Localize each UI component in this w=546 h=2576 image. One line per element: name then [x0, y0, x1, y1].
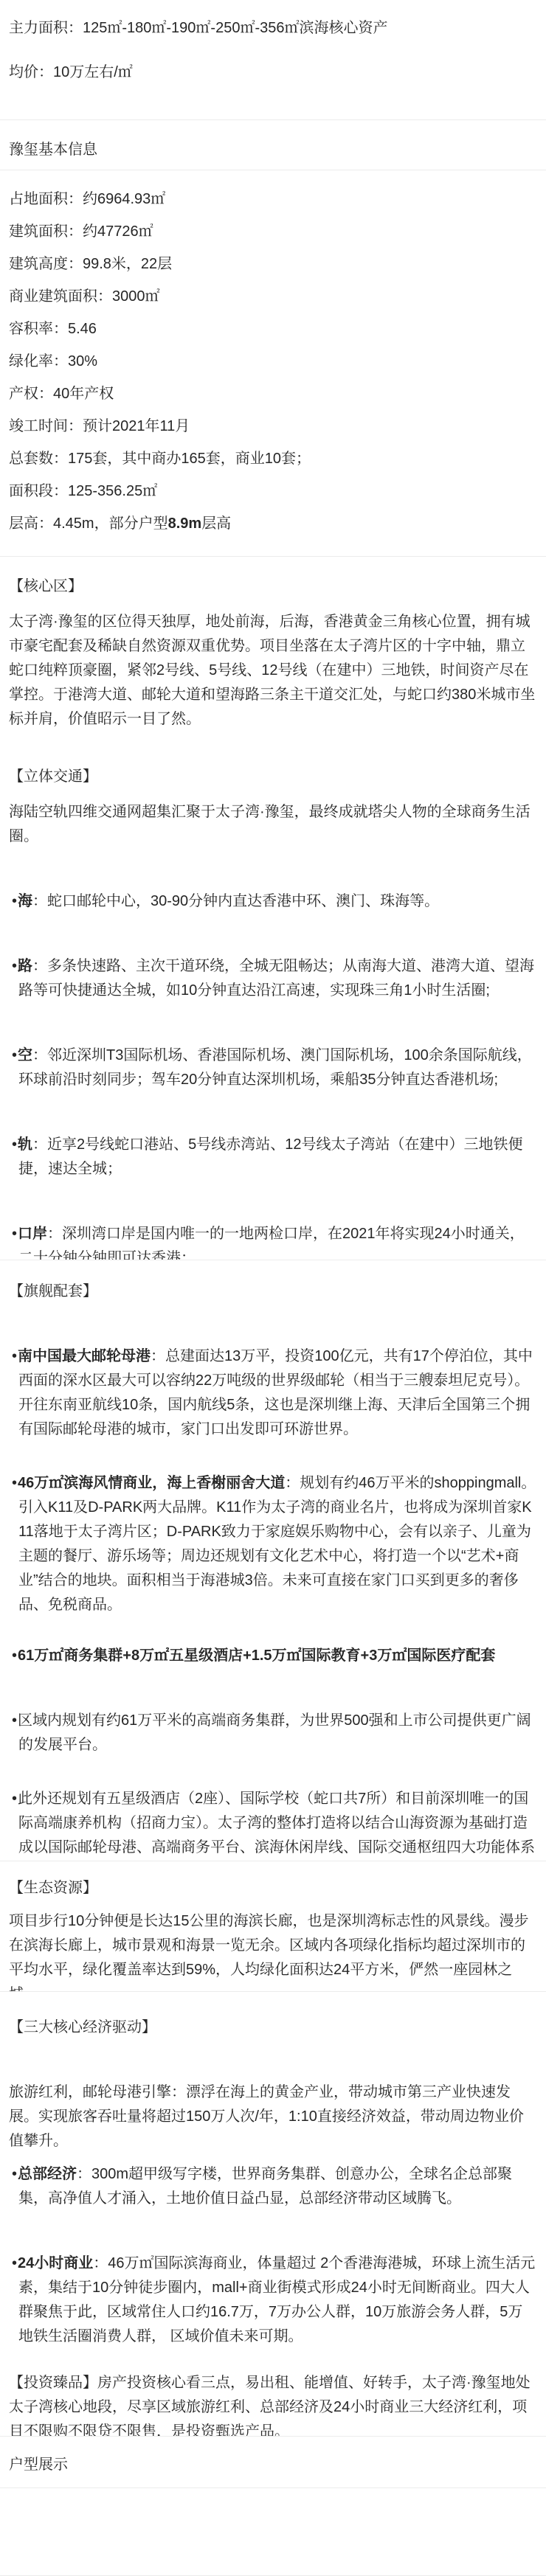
bullet-icon: •	[12, 1712, 17, 1729]
bullet-item: •24小时商业：46万㎡国际滨海商业，体量超过 2个香港海港城，环球上流生活元素…	[9, 2252, 537, 2349]
section-basic-info-fields: 占地面积：约6964.93㎡建筑面积：约47726㎡建筑高度：99.8米，22层…	[0, 170, 546, 556]
text-line: 总套数：175套，其中商办165套，商业10套；	[9, 447, 537, 471]
bullet-item: •空：邻近深圳T3国际机场、香港国际机场、澳门国际机场，100余条国际航线，环球…	[9, 1044, 537, 1092]
text-line: 竣工时间：预计2021年11月	[9, 414, 537, 439]
text-line: 海陆空轨四维交通网超集汇聚于太子湾·豫玺，最终成就塔尖人物的全球商务生活圈。	[9, 800, 537, 849]
text-line: 占地面积：约6964.93㎡	[9, 187, 537, 212]
text-line: 绿化率：30%	[9, 350, 537, 374]
text-line: 太子湾·豫玺的区位得天独厚，地处前海，后海，香港黄金三角核心位置，拥有城市豪宅配…	[9, 610, 537, 732]
bullet-icon: •	[12, 1648, 17, 1664]
property-listing-document: 主力面积：125㎡-180㎡-190㎡-250㎡-356㎡滨海核心资产均价：10…	[0, 0, 546, 2576]
text-line: 建筑面积：约47726㎡	[9, 220, 537, 244]
section-heading: 【立体交通】	[9, 765, 537, 789]
text-line: 旅游红利，邮轮母港引擎：漂浮在海上的黄金产业，带动城市第三产业快速发展。实现旅客…	[9, 2080, 537, 2153]
section-ecology: 【生态资源】项目步行10分钟便是长达15公里的海滨长廊，也是深圳湾标志性的风景线…	[0, 1861, 546, 1991]
text-line: 容积率：5.46	[9, 317, 537, 341]
bullet-item: •61万㎡商务集群+8万㎡五星级酒店+1.5万㎡国际教育+3万㎡国际医疗配套	[9, 1644, 537, 1668]
section-heading: 【生态资源】	[9, 1876, 537, 1900]
text-line: 主力面积：125㎡-180㎡-190㎡-250㎡-356㎡滨海核心资产	[9, 16, 537, 41]
section-summary: 主力面积：125㎡-180㎡-190㎡-250㎡-356㎡滨海核心资产均价：10…	[0, 0, 546, 119]
bullet-icon: •	[12, 1348, 17, 1364]
bullet-icon: •	[12, 2255, 17, 2271]
section-flagship-amenities: 【旗舰配套】•南中国最大邮轮母港：总建面达13万平，投资100亿元，共有17个停…	[0, 1260, 546, 1861]
section-economic-drivers: 【三大核心经济驱动】旅游红利，邮轮母港引擎：漂浮在海上的黄金产业，带动城市第三产…	[0, 1991, 546, 2436]
bullet-icon: •	[12, 1791, 17, 1807]
section-heading: 【核心区】	[9, 574, 537, 599]
text-line: 面积段：125-356.25㎡	[9, 479, 537, 504]
text-line: 均价：10万左右/㎡	[9, 60, 537, 85]
text-line: 建筑高度：99.8米，22层	[9, 252, 537, 277]
bullet-item: •路：多条快速路、主次干道环绕，全城无阻畅达；从南海大道、港湾大道、望海路等可快…	[9, 954, 537, 1003]
bullet-item: •海：蛇口邮轮中心，30-90分钟内直达香港中环、澳门、珠海等。	[9, 889, 537, 914]
bullet-item: •总部经济：300m超甲级写字楼，世界商务集群、创意办公，全球名企总部聚集，高净…	[9, 2162, 537, 2211]
section-core-area-transport: 【核心区】太子湾·豫玺的区位得天独厚，地处前海，后海，香港黄金三角核心位置，拥有…	[0, 556, 546, 1260]
text-line: 项目步行10分钟便是长达15公里的海滨长廊，也是深圳湾标志性的风景线。漫步在滨海…	[9, 1909, 537, 1991]
section-floorplan-title: 户型展示	[0, 2436, 546, 2488]
text-line: 商业建筑面积：3000㎡	[9, 285, 537, 309]
bullet-icon: •	[12, 893, 17, 909]
section-heading: 【三大核心经济驱动】	[9, 2016, 537, 2040]
text-line: 【投资臻品】房产投资核心看三点，易出租、能增值、好转手，太子湾·豫玺地处太子湾核…	[9, 2371, 537, 2436]
bullet-icon: •	[12, 1136, 17, 1153]
bullet-item: •轨：近享2号线蛇口港站、5号线赤湾站、12号线太子湾站（在建中）三地铁便捷，速…	[9, 1133, 537, 1181]
section-heading: 户型展示	[9, 2453, 537, 2477]
section-heading: 【旗舰配套】	[9, 1280, 537, 1304]
bullet-icon: •	[12, 1047, 17, 1063]
bullet-item: •46万㎡滨海风情商业，海上香榭丽舍大道：规划有约46万平米的shoppingm…	[9, 1471, 537, 1617]
bullet-item: •南中国最大邮轮母港：总建面达13万平，投资100亿元，共有17个停泊位，其中西…	[9, 1344, 537, 1442]
bullet-icon: •	[12, 1475, 17, 1491]
text-line: 产权：40年产权	[9, 382, 537, 406]
bullet-item: •区域内规划有约61万平米的高端商务集群，为世界500强和上市公司提供更广阔的发…	[9, 1709, 537, 1757]
bullet-icon: •	[12, 1226, 17, 1242]
bullet-item: •口岸：深圳湾口岸是国内唯一的一地两检口岸，在2021年将实现24小时通关，二十…	[9, 1222, 537, 1260]
bullet-icon: •	[12, 958, 17, 974]
section-heading: 豫玺基本信息	[9, 138, 537, 162]
bullet-item: •此外还规划有五星级酒店（2座）、国际学校（蛇口共7所）和目前深圳唯一的国际高端…	[9, 1787, 537, 1861]
section-basic-info-title: 豫玺基本信息	[0, 119, 546, 170]
text-line: 层高：4.45m，部分户型8.9m层高	[9, 512, 537, 536]
section-floorplan-placeholder	[0, 2488, 546, 2576]
bullet-icon: •	[12, 2166, 17, 2182]
